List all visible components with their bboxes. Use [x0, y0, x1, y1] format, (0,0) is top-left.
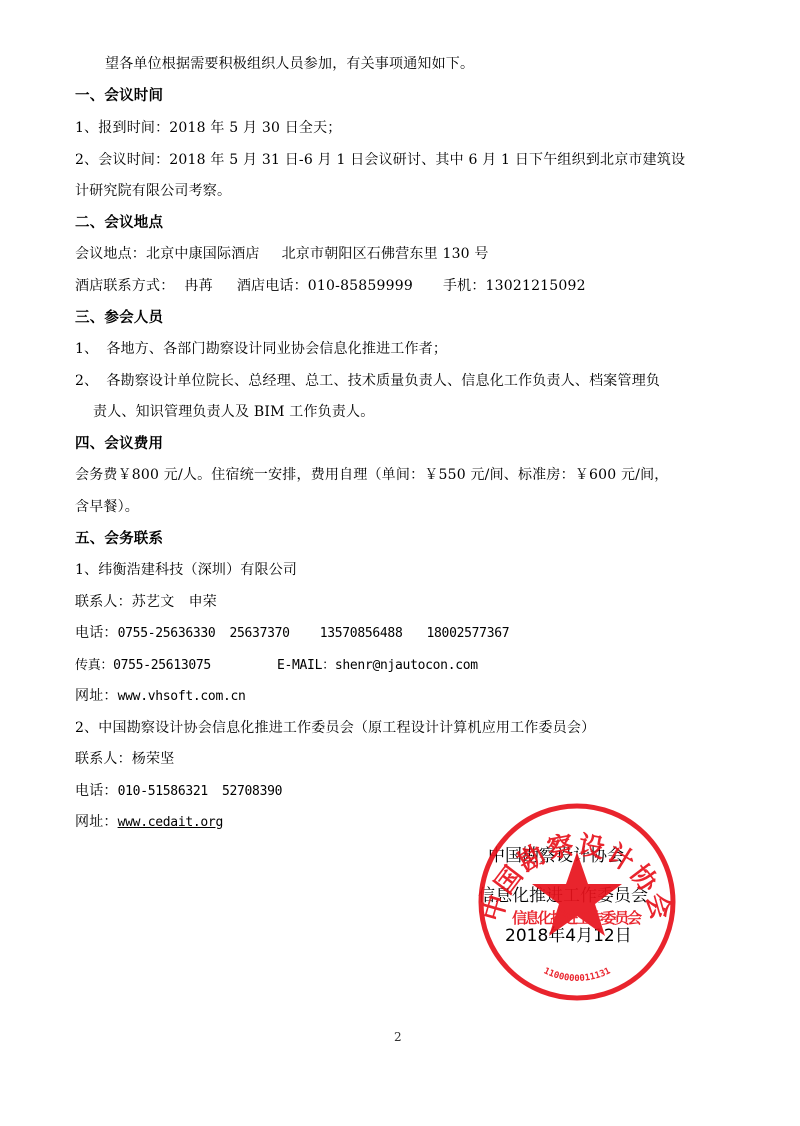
page-number: 2	[394, 1030, 402, 1044]
attendee-item-text: 各地方、各部门勘察设计同业协会信息化推进工作者；	[106, 341, 447, 357]
contact-org-2: 2、中国勘察设计协会信息化推进工作委员会（原工程设计计算机应用工作委员会）	[75, 718, 595, 738]
fee-details-continued: 含早餐）。	[75, 497, 139, 517]
website-link[interactable]: www.cedait.org	[118, 815, 223, 830]
section-title-fees: 四、会议费用	[75, 434, 163, 454]
contact-web-2: 网址：www.cedait.org	[75, 812, 223, 833]
section-title-contacts: 五、会务联系	[75, 529, 163, 549]
document-page: 望各单位根据需要积极组织人员参加，有关事项通知如下。 一、会议时间 1、报到时间…	[0, 0, 800, 1126]
phone-number: 52708390	[222, 784, 282, 799]
contact-fax-email-1: 传真：0755-25613075E-MAIL：shenr@njautocon.c…	[75, 655, 478, 676]
section-title-attendees: 三、参会人员	[75, 308, 163, 328]
phone-number: 010-51586321	[118, 784, 208, 799]
hotel-phone: 酒店电话：010-85859999	[237, 278, 413, 294]
hotel-mobile: 手机：13021215092	[443, 278, 586, 294]
intro-paragraph: 望各单位根据需要积极组织人员参加，有关事项通知如下。	[105, 54, 474, 74]
meeting-time-continued: 计研究院有限公司考察。	[75, 181, 231, 201]
phone-number: 0755-25636330	[118, 626, 216, 641]
seal-center-text: 信息化推进工作委员会	[512, 909, 642, 927]
section-title-time: 一、会议时间	[75, 86, 163, 106]
attendee-item-number: 1、	[75, 341, 98, 357]
phone-label: 电话：	[75, 783, 118, 799]
venue-address: 北京市朝阳区石佛营东里 130 号	[282, 246, 489, 262]
registration-time: 1、报到时间：2018 年 5 月 30 日全天；	[75, 118, 342, 138]
venue-name: 会议地点：北京中康国际酒店	[75, 246, 260, 262]
hotel-contact-line: 酒店联系方式：冉苒酒店电话：010-85859999手机：13021215092	[75, 276, 586, 296]
hotel-contact-name: 冉苒	[184, 278, 212, 294]
contact-phones-1: 电话：0755-25636330256373701357085648818002…	[75, 623, 509, 644]
attendee-item-1: 1、各地方、各部门勘察设计同业协会信息化推进工作者；	[75, 339, 447, 359]
web-label: 网址：	[75, 814, 118, 830]
fax: 传真：0755-25613075	[75, 658, 211, 673]
phone-label: 电话：	[75, 625, 118, 641]
contact-org-1: 1、纬衡浩建科技（深圳）有限公司	[75, 560, 297, 580]
attendee-item-text: 各勘察设计单位院长、总经理、总工、技术质量负责人、信息化工作负责人、档案管理负	[106, 373, 660, 389]
contact-phones-2: 电话：010-5158632152708390	[75, 781, 282, 802]
attendee-item-2: 2、各勘察设计单位院长、总经理、总工、技术质量负责人、信息化工作负责人、档案管理…	[75, 371, 660, 391]
fee-details: 会务费￥800 元/人。住宿统一安排，费用自理（单间：￥550 元/间、标准房：…	[75, 465, 668, 485]
contact-person-2: 联系人：杨荣坚	[75, 749, 174, 769]
contact-person-1: 联系人：苏艺文 申荣	[75, 592, 217, 612]
meeting-time: 2、会议时间：2018 年 5 月 31 日-6 月 1 日会议研讨、其中 6 …	[75, 150, 685, 170]
hotel-contact-label: 酒店联系方式：	[75, 278, 174, 294]
official-seal-stamp: 中国勘察设计协会 信息化推进工作委员会 1100000011131	[472, 800, 682, 1005]
attendee-item-2-continued: 责人、知识管理负责人及 BIM 工作负责人。	[93, 402, 374, 422]
phone-number: 25637370	[229, 626, 289, 641]
phone-number: 18002577367	[426, 626, 509, 641]
seal-serial-number: 1100000011131	[542, 966, 612, 984]
section-title-venue: 二、会议地点	[75, 213, 163, 233]
venue-line: 会议地点：北京中康国际酒店北京市朝阳区石佛营东里 130 号	[75, 244, 489, 264]
email-link[interactable]: E-MAIL：shenr@njautocon.com	[277, 658, 478, 673]
contact-web-1: 网址：www.vhsoft.com.cn	[75, 686, 246, 707]
phone-number: 13570856488	[320, 626, 403, 641]
website-link[interactable]: www.vhsoft.com.cn	[118, 689, 246, 704]
web-label: 网址：	[75, 688, 118, 704]
attendee-item-number: 2、	[75, 373, 98, 389]
